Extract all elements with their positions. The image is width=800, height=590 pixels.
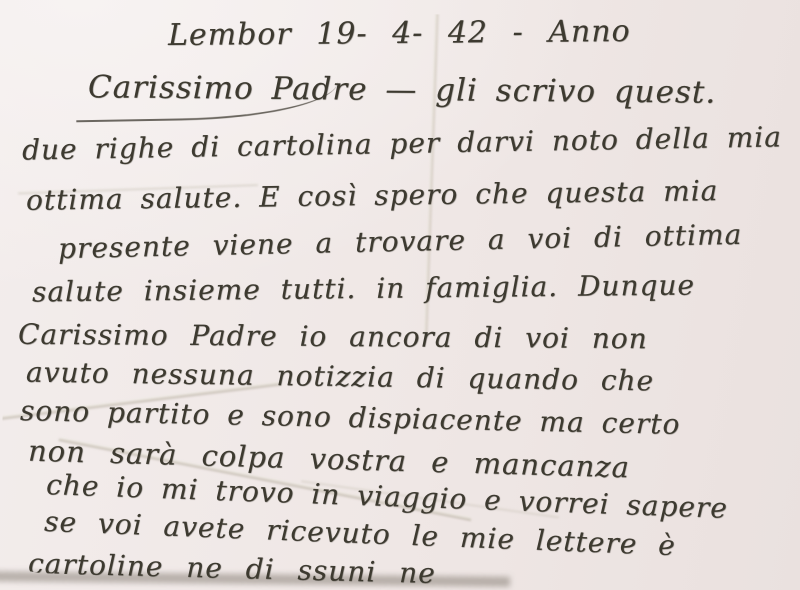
handwriting-line: sono partito e sono dispiacente ma certo bbox=[20, 394, 681, 441]
handwriting-line: avuto nessuna notizzia di quando che bbox=[26, 356, 655, 398]
postcard-writing: Lembor 19- 4- 42 - Anno Carissimo Padre … bbox=[0, 0, 800, 590]
dateline: Lembor 19- 4- 42 - Anno bbox=[168, 14, 631, 53]
handwriting-line: ottima salute. E così spero che questa m… bbox=[26, 174, 719, 217]
postcard-photo: Lembor 19- 4- 42 - Anno Carissimo Padre … bbox=[0, 0, 800, 590]
handwriting-line: salute insieme tutti. in famiglia. Dunqu… bbox=[32, 269, 695, 309]
handwriting-line: presente viene a trovare a voi di ottima bbox=[58, 218, 743, 265]
handwriting-line: Carissimo Padre io ancora di voi non bbox=[18, 318, 648, 355]
handwriting-line: due righe di cartolina per darvi noto de… bbox=[22, 120, 782, 166]
postcard-paper: Lembor 19- 4- 42 - Anno Carissimo Padre … bbox=[0, 0, 800, 590]
salutation-line: Carissimo Padre — gli scrivo quest. bbox=[88, 69, 716, 110]
